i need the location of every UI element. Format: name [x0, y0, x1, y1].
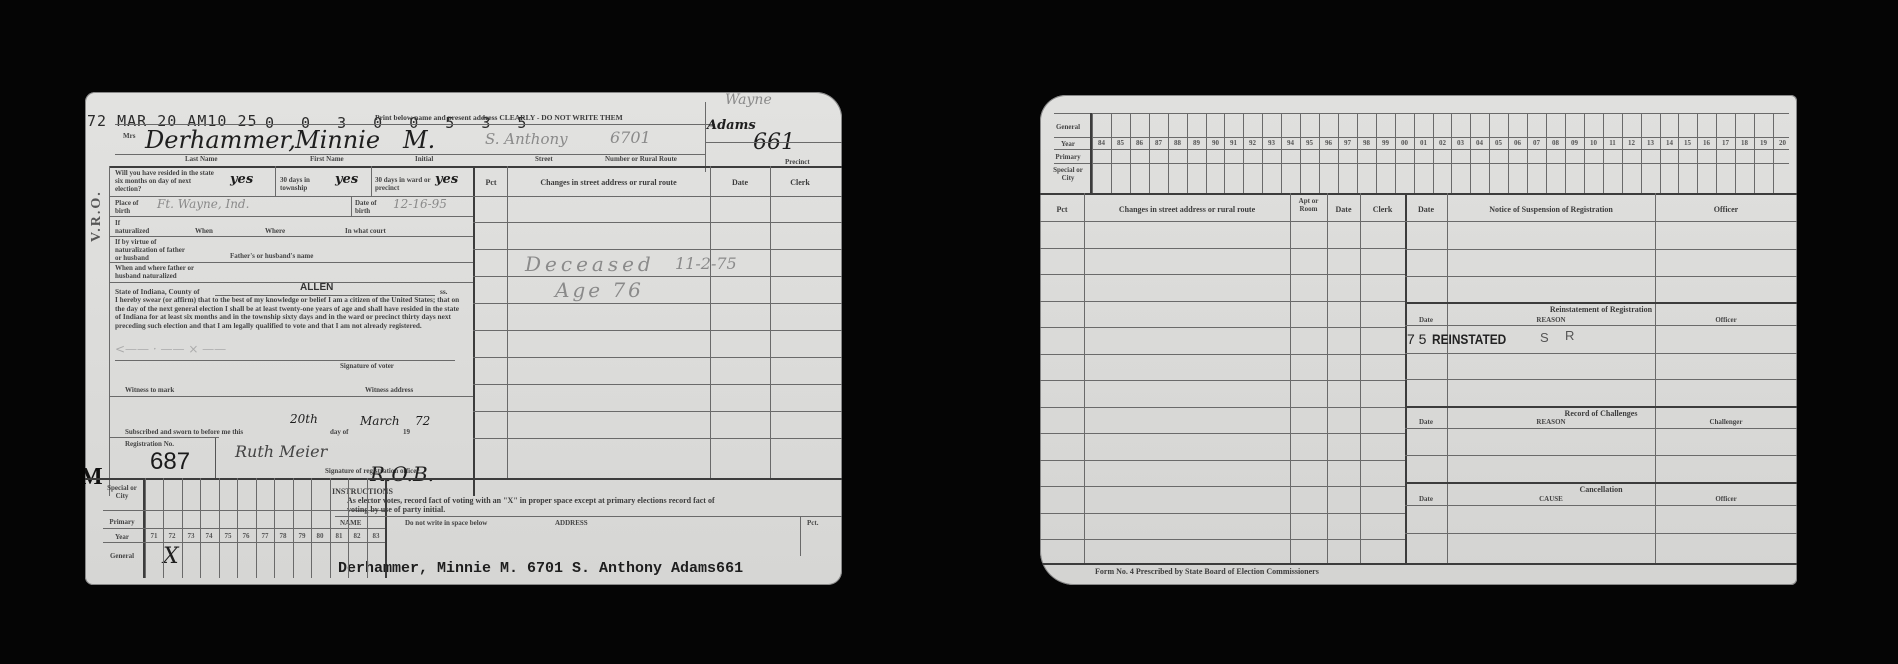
- label-father-name: Father's or husband's name: [230, 252, 313, 260]
- vr-back-label-primary: Primary: [1046, 153, 1090, 161]
- year-cell: 81: [330, 532, 348, 540]
- year-cell: 11: [1603, 139, 1622, 147]
- year-cell: 09: [1565, 139, 1584, 147]
- year-cell: 14: [1660, 139, 1679, 147]
- year-cell: 82: [348, 532, 366, 540]
- last-name-handwritten: Derhammer,: [145, 126, 296, 154]
- year-cell: 13: [1641, 139, 1660, 147]
- general-vote-mark-72: X: [163, 544, 179, 569]
- header-instruction: Print below name and present address CLE…: [375, 113, 623, 122]
- typed-name-address: Derhammer, Minnie M. 6701 S. Anthony Ada…: [338, 560, 743, 577]
- year-cell: 04: [1470, 139, 1489, 147]
- reinstatement-th-reason: REASON: [1447, 316, 1655, 324]
- change-entry-deceased: Deceased: [525, 252, 655, 276]
- subscribed-prefix: Subscribed and sworn to before me this: [125, 428, 243, 436]
- reinstatement-th-date: Date: [1405, 316, 1447, 324]
- year-cell: 18: [1735, 139, 1754, 147]
- year-cell: 76: [237, 532, 255, 540]
- year-cell: 75: [219, 532, 237, 540]
- year-cell: 71: [145, 532, 163, 540]
- label-registration-no: Registration No.: [125, 440, 174, 448]
- suspension-th-date: Date: [1405, 205, 1447, 214]
- a-resided-state: yes: [230, 172, 253, 187]
- year-cell: 98: [1357, 139, 1376, 147]
- label-where: Where: [265, 227, 285, 235]
- label-first-name: First Name: [310, 155, 344, 163]
- reinstatement-reason: REINSTATED: [1432, 331, 1506, 347]
- vr-label-year: Year: [103, 533, 141, 541]
- suspension-th-notice: Notice of Suspension of Registration: [1447, 205, 1655, 214]
- year-cell: 73: [182, 532, 200, 540]
- year-cell: 80: [311, 532, 329, 540]
- year-cell: 77: [256, 532, 274, 540]
- registration-card-back: General Year Primary Special or City Pct…: [1040, 95, 1797, 585]
- year-cell: 86: [1130, 139, 1149, 147]
- cancellation-th-date: Date: [1405, 495, 1447, 503]
- vr-label-general: General: [103, 552, 141, 560]
- precinct-ward-handwritten: Adams: [707, 118, 756, 133]
- year-cell: 93: [1262, 139, 1281, 147]
- reinstatement-extra-s: S: [1540, 330, 1549, 345]
- label-when: When: [195, 227, 213, 235]
- year-cell: 94: [1281, 139, 1300, 147]
- q-ward: 30 days in ward or precinct: [375, 176, 435, 192]
- change-entry-deceased-date: 11-2-75: [675, 254, 737, 273]
- cancellation-th-officer: Officer: [1655, 495, 1797, 503]
- vr-back-label-general: General: [1046, 123, 1090, 131]
- year-cell: 74: [200, 532, 218, 540]
- year-cell: 02: [1433, 139, 1452, 147]
- back-th-changes: Changes in street address or rural route: [1084, 205, 1290, 214]
- back-th-pct: Pct: [1040, 205, 1084, 214]
- year-cell: 10: [1584, 139, 1603, 147]
- vr-back-label-special: Special or City: [1046, 166, 1090, 182]
- label-do-not-write: Do not write in space below: [405, 519, 487, 527]
- year-cell: 19: [1754, 139, 1773, 147]
- voter-signature-mark: <—— · —— × ——: [115, 342, 226, 356]
- year-cell: 17: [1716, 139, 1735, 147]
- year-cell: 90: [1206, 139, 1225, 147]
- year-cell: 88: [1168, 139, 1187, 147]
- label-court: In what court: [345, 227, 386, 235]
- label-signature-of-voter: Signature of voter: [340, 362, 394, 370]
- subscribed-day: 20th: [290, 412, 318, 426]
- label-street: Street: [535, 155, 553, 163]
- title-prefix: Mrs: [123, 132, 135, 140]
- q-date-of-birth: Date of birth: [355, 199, 390, 215]
- year-cell: 91: [1224, 139, 1243, 147]
- registrar-signature: Ruth Meier: [235, 442, 327, 461]
- year-cell: 03: [1451, 139, 1470, 147]
- year-cell: 97: [1338, 139, 1357, 147]
- year-cell: 89: [1187, 139, 1206, 147]
- year-cell: 07: [1527, 139, 1546, 147]
- year-cell: 95: [1300, 139, 1319, 147]
- q-place-of-birth: Place of birth: [115, 199, 155, 215]
- challenges-th-reason: REASON: [1447, 418, 1655, 426]
- th-changes: Changes in street address or rural route: [507, 178, 710, 187]
- q-when-where-father: When and where father or husband natural…: [115, 264, 205, 280]
- year-cell: 84: [1092, 139, 1111, 147]
- label-witness-address: Witness address: [365, 386, 413, 394]
- street-handwritten: S. Anthony: [485, 130, 568, 148]
- registration-card-front: 72 MAR 20 AM10 25 0 0 3 0 0 5 3 5 Print …: [85, 92, 842, 585]
- year-cell: 16: [1697, 139, 1716, 147]
- year-cell: 00: [1395, 139, 1414, 147]
- instructions-text: As elector votes, record fact of voting …: [347, 496, 727, 514]
- back-th-date: Date: [1327, 205, 1360, 214]
- year-cell: 12: [1622, 139, 1641, 147]
- reinstatement-title: Reinstatement of Registration: [1405, 305, 1797, 314]
- reinstatement-extra-r: R: [1565, 328, 1574, 343]
- year-cell: 15: [1678, 139, 1697, 147]
- q-by-virtue: If by virtue of naturalization of father…: [115, 238, 190, 262]
- challenges-title: Record of Challenges: [1405, 409, 1797, 418]
- back-th-apt: Apt or Room: [1290, 197, 1327, 213]
- year-cell: 72: [163, 532, 181, 540]
- vr-back-label-year: Year: [1046, 140, 1090, 148]
- th-clerk: Clerk: [770, 178, 830, 187]
- year-cell: 05: [1489, 139, 1508, 147]
- year-cell: 06: [1508, 139, 1527, 147]
- subscribed-year: 72: [415, 414, 430, 428]
- year-cell: 96: [1319, 139, 1338, 147]
- form-footer: Form No. 4 Prescribed by State Board of …: [1095, 567, 1319, 576]
- year-cell: 83: [367, 532, 385, 540]
- label-last-name: Last Name: [185, 155, 217, 163]
- year-cell: 78: [274, 532, 292, 540]
- instructions-title: INSTRUCTIONS: [332, 487, 393, 496]
- reinstatement-th-officer: Officer: [1655, 316, 1797, 324]
- q-naturalized: If naturalized: [115, 219, 155, 235]
- precinct-township-handwritten: Wayne: [725, 92, 772, 108]
- subscribed-year-prefix: 19: [403, 428, 410, 436]
- label-pct: Pct.: [807, 519, 818, 527]
- challenges-th-date: Date: [1405, 418, 1447, 426]
- label-address: ADDRESS: [555, 519, 588, 527]
- a-township: yes: [335, 172, 358, 187]
- label-initial: Initial: [415, 155, 433, 163]
- a-date-of-birth: 12-16-95: [393, 197, 447, 211]
- subscribed-day-of: day of: [330, 428, 348, 436]
- vro-vertical-label: V.R.O.: [89, 190, 105, 242]
- back-th-clerk: Clerk: [1360, 205, 1405, 214]
- q-township: 30 days in township: [280, 176, 335, 192]
- a-place-of-birth: Ft. Wayne, Ind.: [157, 197, 249, 211]
- vr-label-primary: Primary: [103, 518, 141, 526]
- label-precinct: Precinct: [785, 158, 810, 166]
- challenges-th-challenger: Challenger: [1655, 418, 1797, 426]
- year-cell: 20: [1773, 139, 1792, 147]
- cancellation-title: Cancellation: [1405, 485, 1797, 494]
- a-ward: yes: [435, 172, 458, 187]
- registrar-initials: R.O.B.: [370, 462, 434, 486]
- th-pct: Pct: [475, 178, 507, 187]
- label-number: Number or Rural Route: [605, 155, 677, 163]
- registration-number: 687: [150, 448, 190, 476]
- initial-handwritten: M.: [403, 126, 435, 154]
- oath-county: ALLEN: [300, 282, 333, 293]
- label-name: NAME: [340, 519, 361, 527]
- year-cell: 99: [1376, 139, 1395, 147]
- first-name-handwritten: Minnie: [295, 126, 380, 154]
- th-date: Date: [710, 178, 770, 187]
- oath-text: I hereby swear (or affirm) that to the b…: [115, 296, 465, 330]
- year-cell: 87: [1149, 139, 1168, 147]
- reinstatement-date: 7 5: [1407, 331, 1426, 347]
- year-cell: 01: [1414, 139, 1433, 147]
- year-cell: 79: [293, 532, 311, 540]
- suspension-th-officer: Officer: [1655, 205, 1797, 214]
- subscribed-month: March: [360, 414, 400, 428]
- house-number-handwritten: 6701: [610, 128, 651, 147]
- year-cell: 85: [1111, 139, 1130, 147]
- year-cell: 92: [1243, 139, 1262, 147]
- change-entry-age: Age 76: [555, 278, 644, 302]
- q-resided-state: Will you have resided in the state six m…: [115, 169, 215, 193]
- year-cell: 08: [1546, 139, 1565, 147]
- cancellation-th-cause: CAUSE: [1447, 495, 1655, 503]
- vr-label-special: Special or City: [103, 484, 141, 500]
- label-witness-to-mark: Witness to mark: [125, 386, 174, 394]
